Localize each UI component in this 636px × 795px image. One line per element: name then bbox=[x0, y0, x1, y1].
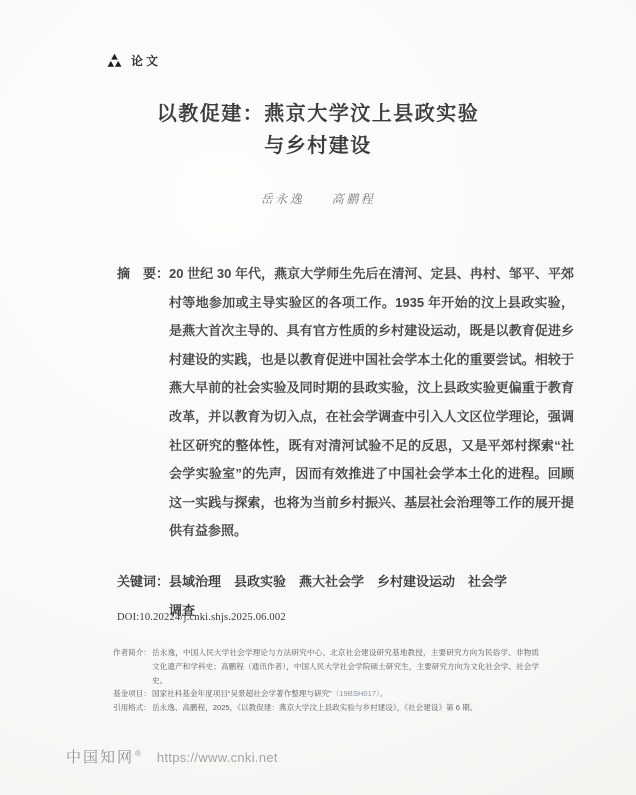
header-category-row: 论文 bbox=[106, 52, 161, 69]
title-line-2: 与乡村建设 bbox=[0, 130, 636, 162]
author-bio-label: 作者简介： bbox=[113, 646, 151, 660]
funding-text: 国家社科基金年度项目“吴景超社会学著作整理与研究” bbox=[152, 689, 332, 698]
category-label: 论文 bbox=[131, 52, 161, 69]
funding-label: 基金项目： bbox=[113, 687, 151, 701]
cnki-brand-text: 中国知网 bbox=[66, 746, 134, 767]
title-line-1: 以教促建：燕京大学汶上县政实验 bbox=[0, 98, 636, 130]
triangle-emblem-logo-icon bbox=[106, 52, 123, 69]
keywords-line-1: 县域治理 县政实验 燕大社会学 乡村建设运动 社会学 bbox=[169, 568, 574, 597]
doi-line: DOI:10.20224/j.cnki.shjs.2025.06.002 bbox=[117, 612, 286, 623]
citation-text: 岳永逸、高鹏程，2025，《以教促建：燕京大学汶上县政实验与乡村建设》，《社会建… bbox=[152, 703, 477, 712]
footnote-citation: 引用格式： 岳永逸、高鹏程，2025，《以教促建：燕京大学汶上县政实验与乡村建设… bbox=[113, 701, 539, 715]
abstract-label: 摘 要： bbox=[117, 260, 169, 289]
author-bio-text: 岳永逸，中国人民大学社会学理论与方法研究中心、北京社会建设研究基地教授，主要研究… bbox=[152, 648, 539, 685]
abstract-text: 20 世纪 30 年代，燕京大学师生先后在清河、定县、冉村、邹平、平郊村等地参加… bbox=[169, 266, 574, 538]
funding-number: （19BSH017） bbox=[332, 689, 380, 698]
page-title: 以教促建：燕京大学汶上县政实验 与乡村建设 bbox=[0, 98, 636, 162]
authors-line: 岳永逸 高鹏程 bbox=[0, 190, 636, 207]
author-name-1: 岳永逸 bbox=[261, 192, 305, 206]
registered-mark-icon: ® bbox=[135, 749, 141, 758]
footnote-funding: 基金项目： 国家社科基金年度项目“吴景超社会学著作整理与研究”（19BSH017… bbox=[113, 687, 539, 701]
article-first-page: 论文 以教促建：燕京大学汶上县政实验 与乡村建设 岳永逸 高鹏程 摘 要： 20… bbox=[0, 0, 636, 795]
funding-period: 。 bbox=[380, 689, 388, 698]
author-name-2: 高鹏程 bbox=[332, 192, 376, 206]
footnotes-block: 作者简介： 岳永逸，中国人民大学社会学理论与方法研究中心、北京社会建设研究基地教… bbox=[113, 646, 539, 715]
abstract-block: 摘 要： 20 世纪 30 年代，燕京大学师生先后在清河、定县、冉村、邹平、平郊… bbox=[117, 260, 574, 546]
keywords-label: 关键词： bbox=[117, 568, 169, 597]
citation-label: 引用格式： bbox=[113, 701, 151, 715]
cnki-url-text: https://www.cnki.net bbox=[157, 750, 278, 765]
footnote-author-bio: 作者简介： 岳永逸，中国人民大学社会学理论与方法研究中心、北京社会建设研究基地教… bbox=[113, 646, 539, 687]
cnki-watermark: 中国知网 ® https://www.cnki.net bbox=[66, 746, 278, 767]
